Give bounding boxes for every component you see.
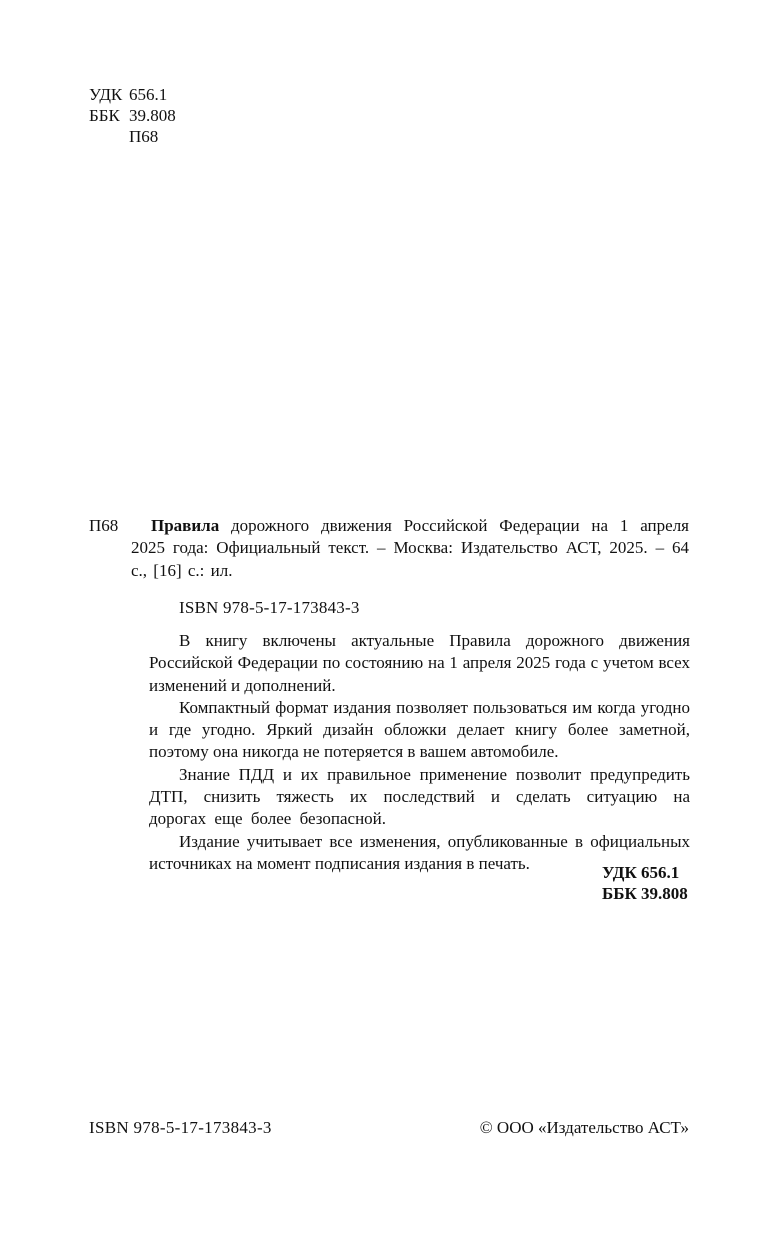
classification-codes-top: УДК 656.1 ББК 39.808 П68 — [89, 84, 176, 147]
annotation-paragraph: Знание ПДД и их правильное применение по… — [149, 764, 690, 831]
author-mark: П68 — [89, 126, 176, 147]
biblio-isbn: ISBN 978-5-17-173843-3 — [179, 597, 360, 619]
annotation-paragraph: В книгу включены актуальные Правила доро… — [149, 630, 690, 697]
udk-code: УДК 656.1 — [602, 862, 689, 883]
biblio-author-mark: П68 — [89, 515, 118, 537]
copyright: © ООО «Издательство АСТ» — [480, 1117, 689, 1139]
bbk-code: ББК 39.808 — [602, 883, 689, 904]
udk-value: 656.1 — [129, 84, 167, 105]
bbk-value: 39.808 — [129, 105, 176, 126]
annotation-paragraph: Компактный формат издания позволяет поль… — [149, 697, 690, 764]
biblio-title: Правила — [151, 516, 219, 535]
bibliographic-record: П68 Правила дорожного движения Российско… — [89, 515, 689, 582]
annotation: В книгу включены актуальные Правила доро… — [149, 630, 690, 875]
biblio-description: Правила дорожного движения Российской Фе… — [131, 515, 689, 582]
udk-row: УДК 656.1 — [89, 84, 176, 105]
footer-isbn: ISBN 978-5-17-173843-3 — [89, 1117, 272, 1139]
bbk-row: ББК 39.808 — [89, 105, 176, 126]
bbk-label: ББК — [89, 105, 129, 126]
footer: ISBN 978-5-17-173843-3 © ООО «Издательст… — [89, 1117, 689, 1139]
imprint-page: УДК 656.1 ББК 39.808 П68 П68 Правила дор… — [0, 0, 768, 1240]
classification-codes-bottom: УДК 656.1 ББК 39.808 — [560, 862, 689, 904]
udk-label: УДК — [89, 84, 129, 105]
